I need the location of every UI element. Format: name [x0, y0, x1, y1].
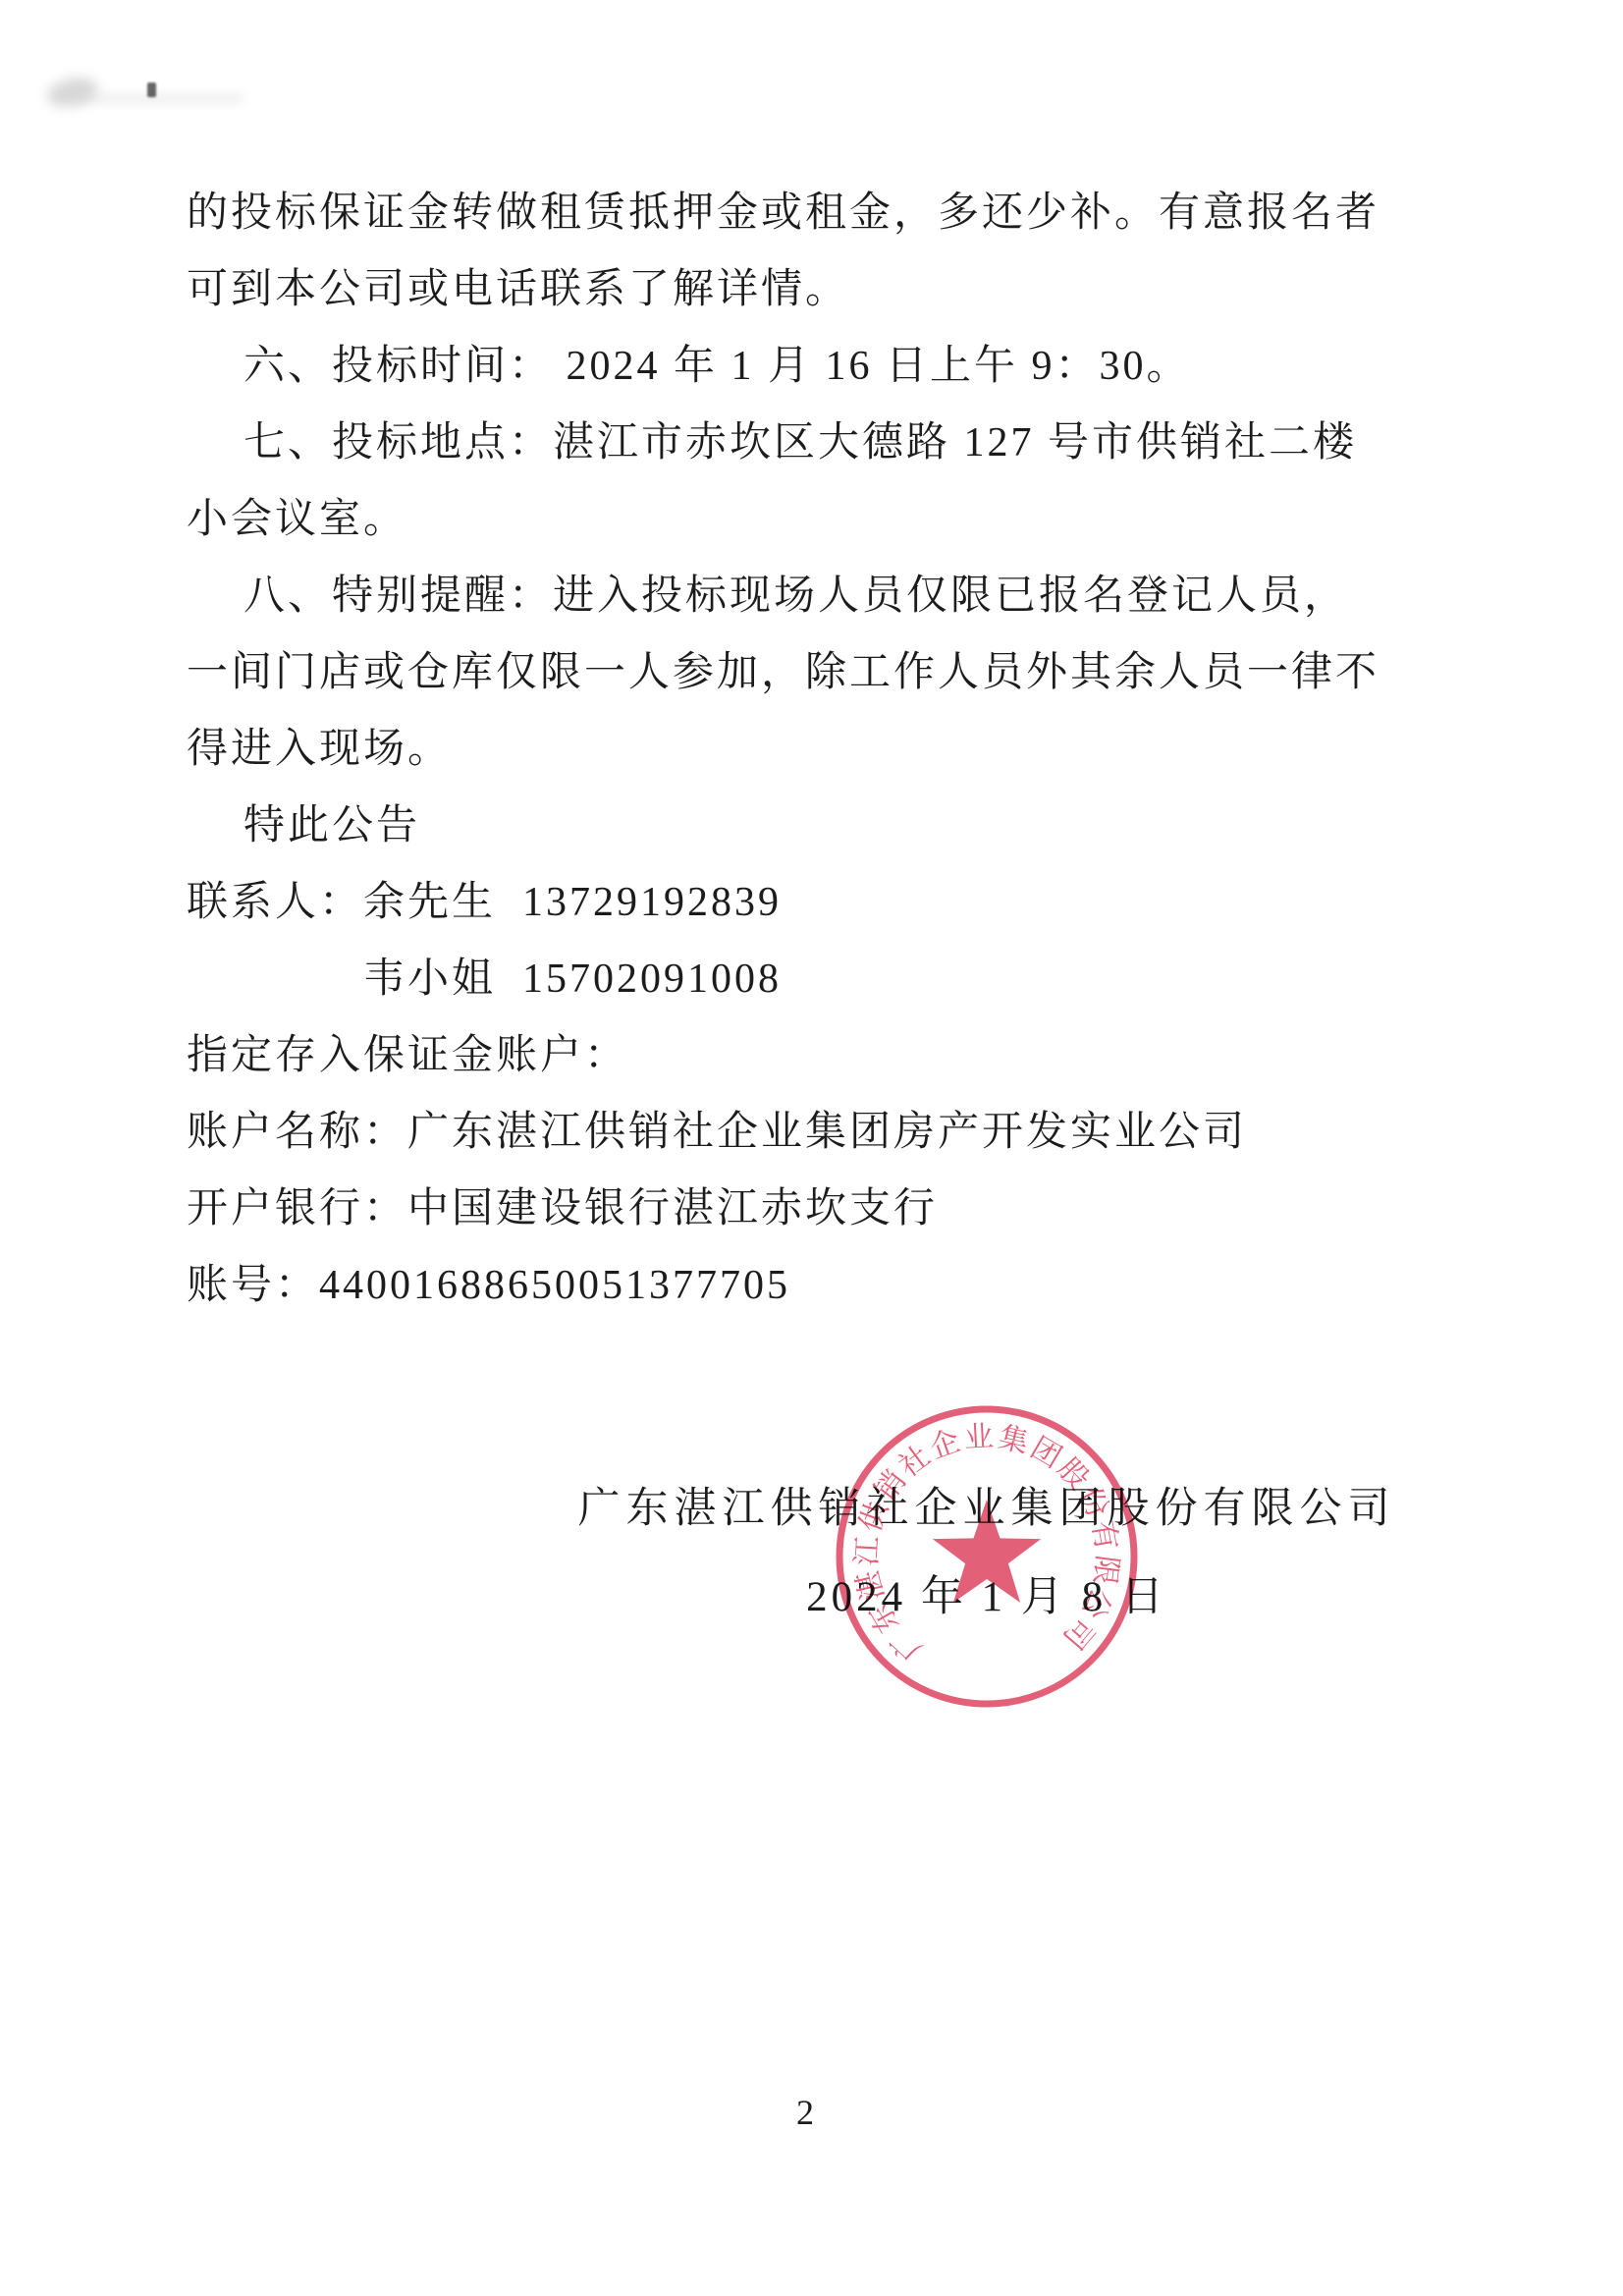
account-number-line: 账号：44001688650051377705 — [187, 1247, 1515, 1324]
bank-line: 开户银行：中国建设银行湛江赤坎支行 — [187, 1171, 1515, 1247]
text-line: 六、投标时间： 2024 年 1 月 16 日上午 9：30。 — [187, 328, 1515, 405]
company-seal: 广东湛江供销社企业集团股份有限公司 — [830, 1399, 1144, 1714]
scan-smudge — [45, 74, 101, 111]
document-body: 的投标保证金转做租赁抵押金或租金，多还少补。有意报名者 可到本公司或电话联系了解… — [187, 175, 1515, 1324]
contact-line: 韦小姐 15702091008 — [187, 941, 1515, 1017]
account-name-line: 账户名称：广东湛江供销社企业集团房产开发实业公司 — [187, 1094, 1515, 1171]
text-line: 七、投标地点：湛江市赤坎区大德路 127 号市供销社二楼 — [187, 405, 1515, 481]
page-number: 2 — [756, 2092, 854, 2133]
text-line: 可到本公司或电话联系了解详情。 — [187, 251, 1515, 328]
text-line: 一间门店或仓库仅限一人参加，除工作人员外其余人员一律不 — [187, 634, 1515, 711]
text-line: 小会议室。 — [187, 481, 1515, 558]
scan-speck — [147, 82, 156, 97]
scan-smudge — [77, 94, 243, 103]
text-line: 八、特别提醒：进入投标现场人员仅限已报名登记人员， — [187, 558, 1515, 634]
text-line: 指定存入保证金账户： — [187, 1017, 1515, 1094]
contact-line: 联系人：余先生 13729192839 — [187, 864, 1515, 941]
signature-company: 广东湛江供销社企业集团股份有限公司 — [334, 1470, 1623, 1549]
text-line: 特此公告 — [187, 788, 1515, 864]
scanned-document-page: 的投标保证金转做租赁抵押金或租金，多还少补。有意报名者 可到本公司或电话联系了解… — [0, 0, 1623, 2296]
seal-ring — [839, 1409, 1134, 1704]
signature-date: 2024 年 1 月 8 日 — [334, 1558, 1623, 1637]
text-line: 的投标保证金转做租赁抵押金或租金，多还少补。有意报名者 — [187, 175, 1515, 251]
text-line: 得进入现场。 — [187, 711, 1515, 788]
seal-graphic: 广东湛江供销社企业集团股份有限公司 — [830, 1399, 1144, 1714]
